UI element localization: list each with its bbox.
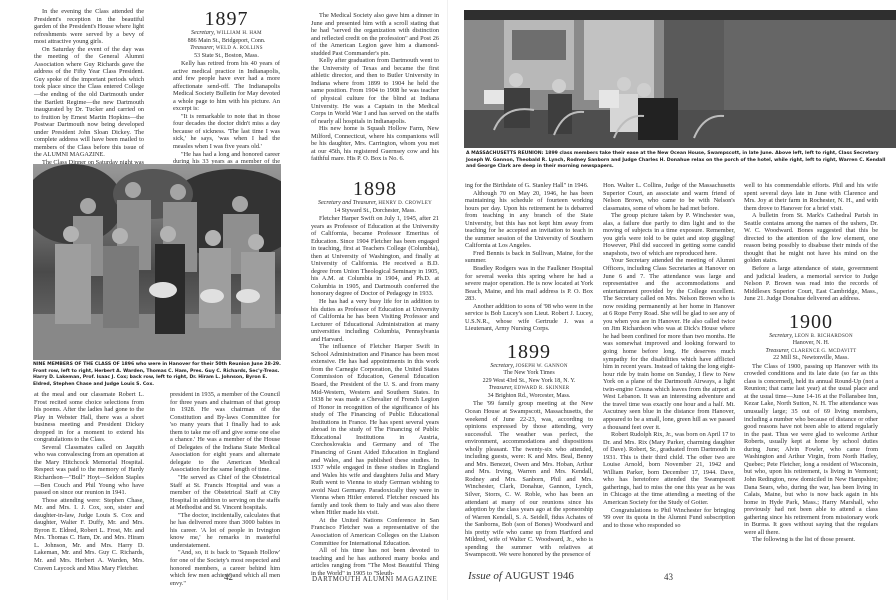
paragraph: "It is remarkable to note that in those …	[173, 113, 280, 151]
paragraph: Hon. Walter L. Collins, Judge of the Mas…	[603, 182, 735, 212]
page-number-left: 42	[224, 572, 233, 582]
class-year-heading: 1900	[744, 311, 878, 333]
reunion-photo-caption: A MASSACHUSETTS REUNION: 1899 class memb…	[466, 151, 896, 171]
right-col1: ing for the Birthdate of G. Stanley Hall…	[465, 182, 593, 559]
paragraph: On Saturday the event of the day was the…	[34, 46, 144, 159]
paragraph: Robert Rudolph Rix, Jr., was born on Apr…	[603, 431, 735, 506]
left-col1-top: In the evening the Class attended the Pr…	[34, 8, 144, 182]
right-col2: Hon. Walter L. Collins, Judge of the Mas…	[603, 182, 735, 529]
paragraph: Another addition to sons of '98 who were…	[465, 303, 593, 333]
treasurer-address: 22 Mill St., Newtonville, Mass.	[744, 355, 878, 363]
paragraph: ing for the Birthdate of G. Stanley Hall…	[465, 182, 593, 190]
paragraph: Congratulations to Phil Winchester for b…	[603, 507, 735, 530]
left-col1-bottom: at the meal and our classmate Robert L. …	[34, 391, 144, 572]
officer-address: 14 Styward St., Dorchester, Mass.	[311, 208, 439, 216]
paragraph: Kelly has retired from his 40 years of a…	[173, 60, 280, 113]
paragraph: His new home is Squash Hollow Farm, New …	[311, 125, 439, 163]
paragraph: The group picture taken by P. Winchester…	[603, 212, 735, 257]
paragraph: Bradley Rodgers was in the Faulkner Hosp…	[465, 265, 593, 303]
paragraph: Those attending were: Stephen Chase, Mr.…	[34, 497, 144, 572]
class-year-heading: 1899	[465, 341, 593, 363]
group-photo-illustration	[33, 164, 281, 360]
paragraph: The Class of 1900, passing up Hanover wi…	[744, 363, 878, 537]
left-col2-bottom: president in 1935, a member of the Counc…	[170, 391, 280, 587]
page-number-right: 43	[664, 572, 673, 582]
paragraph: Fletcher Harper Swift on July 1, 1945, a…	[311, 215, 439, 298]
paragraph: In the evening the Class attended the Pr…	[34, 8, 144, 46]
paragraph: A bulletin from St. Mark's Cathedral Par…	[744, 212, 878, 265]
issue-date-line: Issue of AUGUST 1946	[468, 570, 574, 582]
paragraph: Although 70 on May 20, 1946, he has been…	[465, 190, 593, 250]
paragraph: "The doctor, incidentally, calculates th…	[170, 512, 280, 550]
treasurer-line: Treasurer, WELD A. ROLLINS	[173, 45, 280, 53]
paragraph: "He served as Chief of the Obstetrical S…	[170, 474, 280, 512]
class-year-heading: 1898	[311, 178, 439, 200]
paragraph: Fred Bennis is back in Sullivan, Maine, …	[465, 250, 593, 265]
treasurer-address: 53 State St., Boston, Mass.	[173, 53, 280, 61]
paragraph: well to his commendable efforts. Phil an…	[744, 182, 878, 212]
paragraph: The Medical Society also gave him a dinn…	[311, 12, 439, 57]
paragraph: president in 1935, a member of the Counc…	[170, 391, 280, 474]
paragraph: At the United Nations Conference in San …	[311, 517, 439, 547]
paragraph: The '99 family group meeting at the New …	[465, 400, 593, 558]
class-1898-section: 1898 Secretary and Treasurer, HENRY D. C…	[311, 178, 439, 577]
paragraph: All of his time has not been devoted to …	[311, 547, 439, 577]
class-year-heading: 1897	[173, 8, 280, 30]
secretary-org: The New York Times	[465, 370, 593, 378]
secretary-address: 229 West 43rd St., New York 18, N. Y.	[465, 378, 593, 386]
paragraph: The following is the list of those prese…	[744, 536, 878, 544]
class-1896-photo-caption: NINE MEMBERS OF THE CLASS OF 1896 who we…	[33, 362, 283, 388]
secretary-address: Hanover, N. H.	[744, 340, 878, 348]
reunion-photo-illustration	[464, 10, 896, 148]
page-gutter	[447, 0, 448, 600]
treasurer-line: Treasurer, CLARENCE G. MCDAVITT	[744, 348, 878, 356]
officer-line: Secretary and Treasurer, HENRY D. CROWLE…	[311, 200, 439, 208]
secretary-address: 886 Main St., Bridgeport, Conn.	[173, 38, 280, 46]
paragraph: The influence of Fletcher Harper Swift i…	[311, 343, 439, 517]
paragraph: at the meal and our classmate Robert L. …	[34, 391, 144, 444]
massachusetts-reunion-photo	[464, 10, 896, 148]
treasurer-line: Treasurer, EDWARD R. SKINNER	[465, 385, 593, 393]
paragraph: Your Secretary attended the meeting of A…	[603, 257, 735, 431]
paragraph: He has had a very busy life for in addit…	[311, 298, 439, 343]
running-head: DARTMOUTH ALUMNI MAGAZINE	[312, 575, 437, 583]
treasurer-address: 34 Brighton Rd., Worcester, Mass.	[465, 393, 593, 401]
right-col3: well to his commendable efforts. Phil an…	[744, 182, 878, 544]
left-col3-top: The Medical Society also gave him a dinn…	[311, 12, 439, 163]
paragraph: Several Classmates called on Jaquith who…	[34, 444, 144, 497]
secretary-line: Secretary, LEON B. RICHARDSON	[744, 333, 878, 341]
class-1896-group-photo	[33, 164, 281, 360]
paragraph: Before a large attendance of state, gove…	[744, 265, 878, 303]
secretary-line: Secretary, WILLIAM H. HAM	[173, 30, 280, 38]
secretary-line: Secretary, JOSEPH W. GANNON	[465, 363, 593, 371]
paragraph: Kelly after graduation from Dartmouth we…	[311, 57, 439, 125]
class-1897-section: 1897 Secretary, WILLIAM H. HAM 886 Main …	[173, 8, 280, 181]
